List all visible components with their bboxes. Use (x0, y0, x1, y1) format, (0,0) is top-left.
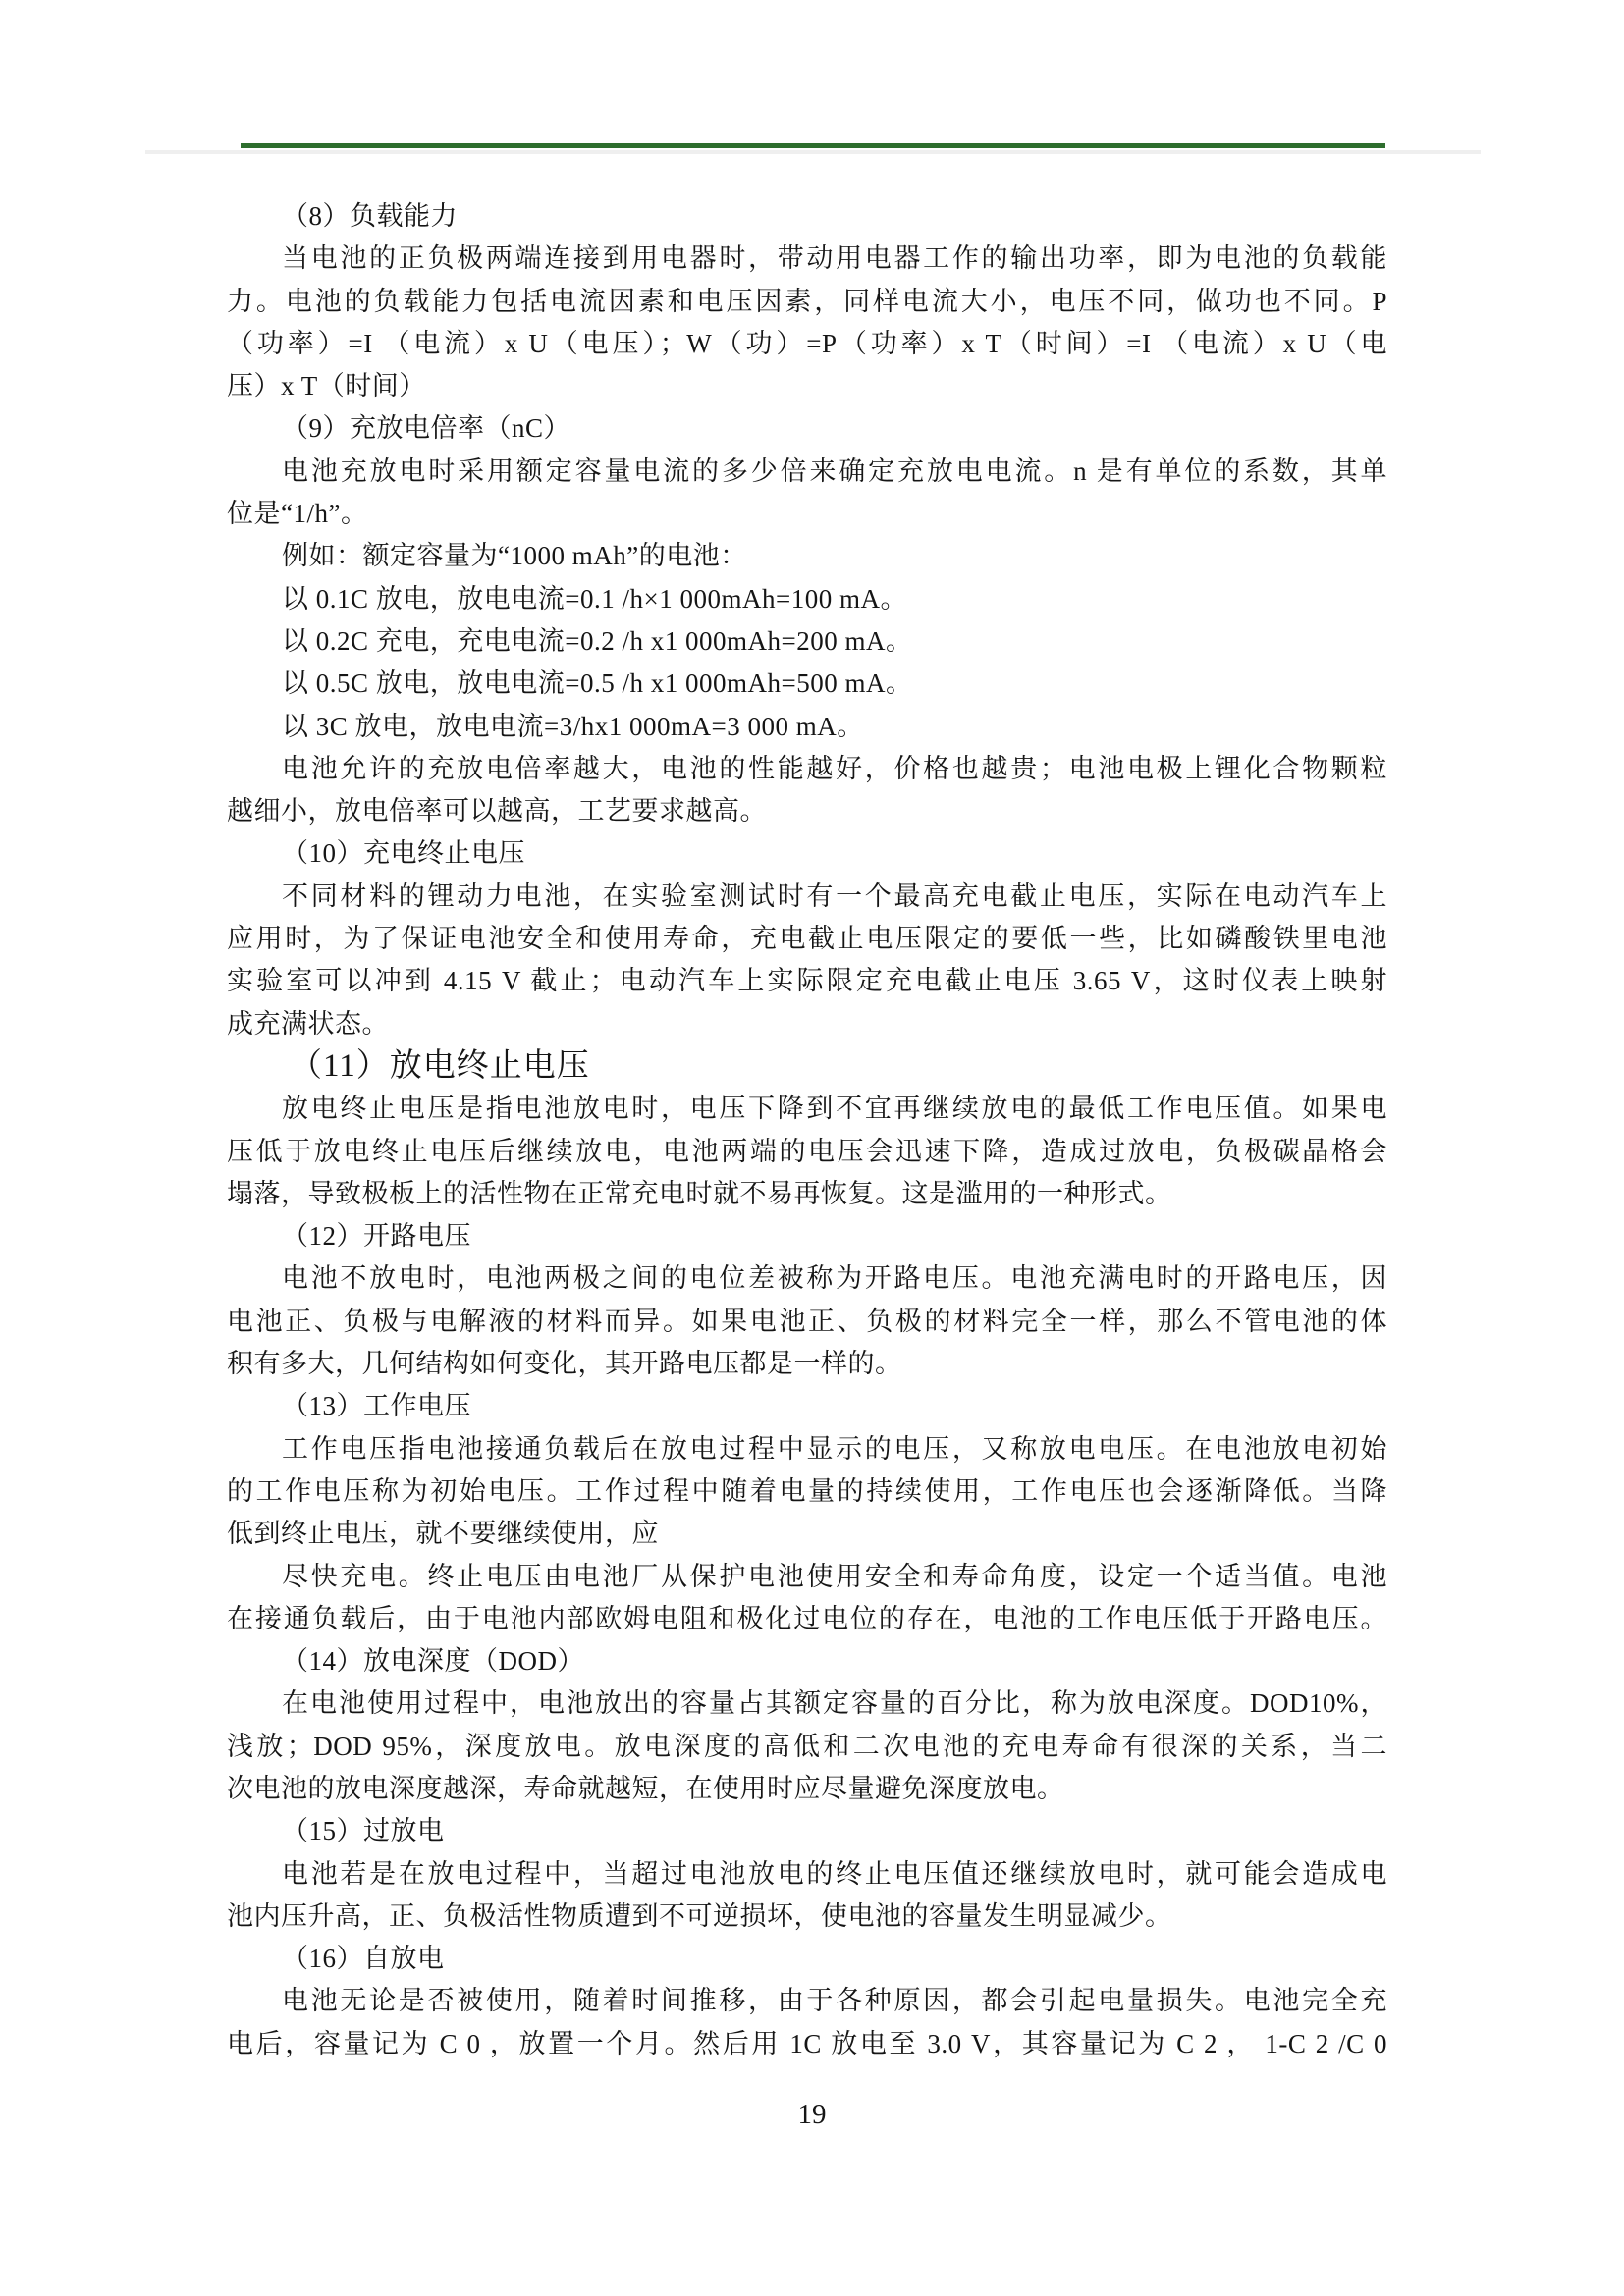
text-line: 在接通负载后，由于电池内部欧姆电阻和极化过电位的存在，电池的工作电压低于开路电压… (227, 1598, 1387, 1640)
text-line: 尽快充电。终止电压由电池厂从保护电池使用安全和寿命角度，设定一个适当值。电池 (227, 1556, 1387, 1598)
text-line: 池内压升高，正、负极活性物质遭到不可逆损坏，使电池的容量发生明显减少。 (227, 1896, 1387, 1938)
text-line: 电池充放电时采用额定容量电流的多少倍来确定充放电电流。n 是有单位的系数，其单 (227, 451, 1387, 493)
text-line: 当电池的正负极两端连接到用电器时，带动用电器工作的输出功率，即为电池的负载能 (227, 238, 1387, 280)
text-line: 以 0.2C 充电，充电电流=0.2 /h x1 000mAh=200 mA。 (227, 620, 1387, 663)
text-line: 工作电压指电池接通负载后在放电过程中显示的电压，又称放电电压。在电池放电初始 (227, 1428, 1387, 1470)
text-line: 实验室可以冲到 4.15 V 截止；电动汽车上实际限定充电截止电压 3.65 V… (227, 960, 1387, 1002)
section-heading: （12）开路电压 (227, 1215, 1387, 1257)
text-line: 电池不放电时，电池两极之间的电位差被称为开路电压。电池充满电时的开路电压，因 (227, 1257, 1387, 1300)
header-rule-shadow (145, 150, 1481, 154)
text-line: 力。电池的负载能力包括电流因素和电压因素，同样电流大小，电压不同，做功也不同。P (227, 281, 1387, 323)
section-heading: （15）过放电 (227, 1810, 1387, 1852)
text-line: 电池无论是否被使用，随着时间推移，由于各种原因，都会引起电量损失。电池完全充 (227, 1980, 1387, 2022)
text-line: 位是“1/h”。 (227, 493, 1387, 535)
text-line: 以 3C 放电，放电电流=3/hx1 000mA=3 000 mA。 (227, 706, 1387, 748)
text-line: 例如：额定容量为“1000 mAh”的电池： (227, 535, 1387, 577)
text-line: 放电终止电压是指电池放电时，电压下降到不宜再继续放电的最低工作电压值。如果电 (227, 1088, 1387, 1130)
text-line: 成充满状态。 (227, 1003, 1387, 1045)
text-line: 次电池的放电深度越深，寿命就越短，在使用时应尽量避免深度放电。 (227, 1768, 1387, 1810)
section-heading: （16）自放电 (227, 1938, 1387, 1980)
text-line: 在电池使用过程中，电池放出的容量占其额定容量的百分比，称为放电深度。DOD10%… (227, 1682, 1387, 1725)
section-heading: （10）充电终止电压 (227, 832, 1387, 875)
section-heading: （9）充放电倍率（nC） (227, 407, 1387, 450)
text-line: 积有多大，几何结构如何变化，其开路电压都是一样的。 (227, 1343, 1387, 1385)
header-rule (241, 143, 1385, 148)
text-line: 越细小，放电倍率可以越高，工艺要求越高。 (227, 790, 1387, 832)
document-page: （8）负载能力当电池的正负极两端连接到用电器时，带动用电器工作的输出功率，即为电… (0, 0, 1624, 2296)
text-line: 以 0.5C 放电，放电电流=0.5 /h x1 000mAh=500 mA。 (227, 663, 1387, 705)
section-heading: （8）负载能力 (227, 195, 1387, 238)
text-line: 低到终止电压，就不要继续使用，应 (227, 1513, 1387, 1555)
text-line: 浅放；DOD 95%，深度放电。放电深度的高低和二次电池的充电寿命有很深的关系，… (227, 1726, 1387, 1768)
text-line: 电池若是在放电过程中，当超过电池放电的终止电压值还继续放电时，就可能会造成电 (227, 1853, 1387, 1896)
text-line: 的工作电压称为初始电压。工作过程中随着电量的持续使用，工作电压也会逐渐降低。当降 (227, 1470, 1387, 1513)
text-line: 电后，容量记为 C 0 ，放置一个月。然后用 1C 放电至 3.0 V，其容量记… (227, 2023, 1387, 2065)
section-heading: （13）工作电压 (227, 1385, 1387, 1427)
document-lines: （8）负载能力当电池的正负极两端连接到用电器时，带动用电器工作的输出功率，即为电… (227, 195, 1387, 2065)
text-line: 电池正、负极与电解液的材料而异。如果电池正、负极的材料完全一样，那么不管电池的体 (227, 1301, 1387, 1343)
text-line: 塌落，导致极板上的活性物在正常充电时就不易再恢复。这是滥用的一种形式。 (227, 1173, 1387, 1215)
section-heading: （11）放电终止电压 (227, 1045, 1387, 1088)
text-line: 电池允许的充放电倍率越大，电池的性能越好，价格也越贵；电池电极上锂化合物颗粒 (227, 748, 1387, 790)
page-number: 19 (0, 2093, 1624, 2136)
text-line: 不同材料的锂动力电池，在实验室测试时有一个最高充电截止电压，实际在电动汽车上 (227, 876, 1387, 918)
text-line: 压低于放电终止电压后继续放电，电池两端的电压会迅速下降，造成过放电，负极碳晶格会 (227, 1131, 1387, 1173)
section-heading: （14）放电深度（DOD） (227, 1640, 1387, 1682)
text-line: （功率）=I （电流）x U（电压）；W（功）=P（功率）x T（时间）=I （… (227, 323, 1387, 365)
text-line: 压）x T（时间） (227, 365, 1387, 407)
text-line: 应用时，为了保证电池安全和使用寿命，充电截止电压限定的要低一些，比如磷酸铁里电池 (227, 918, 1387, 960)
text-line: 以 0.1C 放电，放电电流=0.1 /h×1 000mAh=100 mA。 (227, 578, 1387, 620)
